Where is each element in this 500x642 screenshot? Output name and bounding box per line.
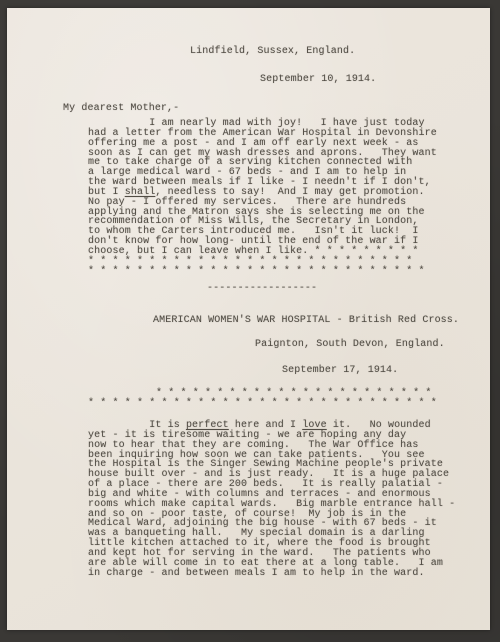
letter2-asterisk-row-bottom: * * * * * * * * * * * * * * * * * * * * … xyxy=(88,399,437,409)
letter-page: Lindfield, Sussex, England. September 10… xyxy=(7,8,490,630)
letter1-address: Lindfield, Sussex, England. xyxy=(190,47,355,57)
letter-line: in charge - and between meals I am to he… xyxy=(88,569,455,579)
letter1-date: September 10, 1914. xyxy=(260,75,376,85)
letter1-salutation: My dearest Mother,- xyxy=(63,104,179,114)
section-divider: ------------------ xyxy=(207,284,317,294)
letter2-date: September 17, 1914. xyxy=(282,366,398,376)
letter2-heading: AMERICAN WOMEN'S WAR HOSPITAL - British … xyxy=(153,316,459,326)
photo-frame: Lindfield, Sussex, England. September 10… xyxy=(0,0,500,642)
letter2-place: Paignton, South Devon, England. xyxy=(255,340,445,350)
letter2-body: It is perfect here and I love it. No wou… xyxy=(88,421,455,579)
letter-line: * * * * * * * * * * * * * * * * * * * * … xyxy=(88,267,437,277)
letter1-body: I am nearly mad with joy! I have just to… xyxy=(88,119,437,277)
